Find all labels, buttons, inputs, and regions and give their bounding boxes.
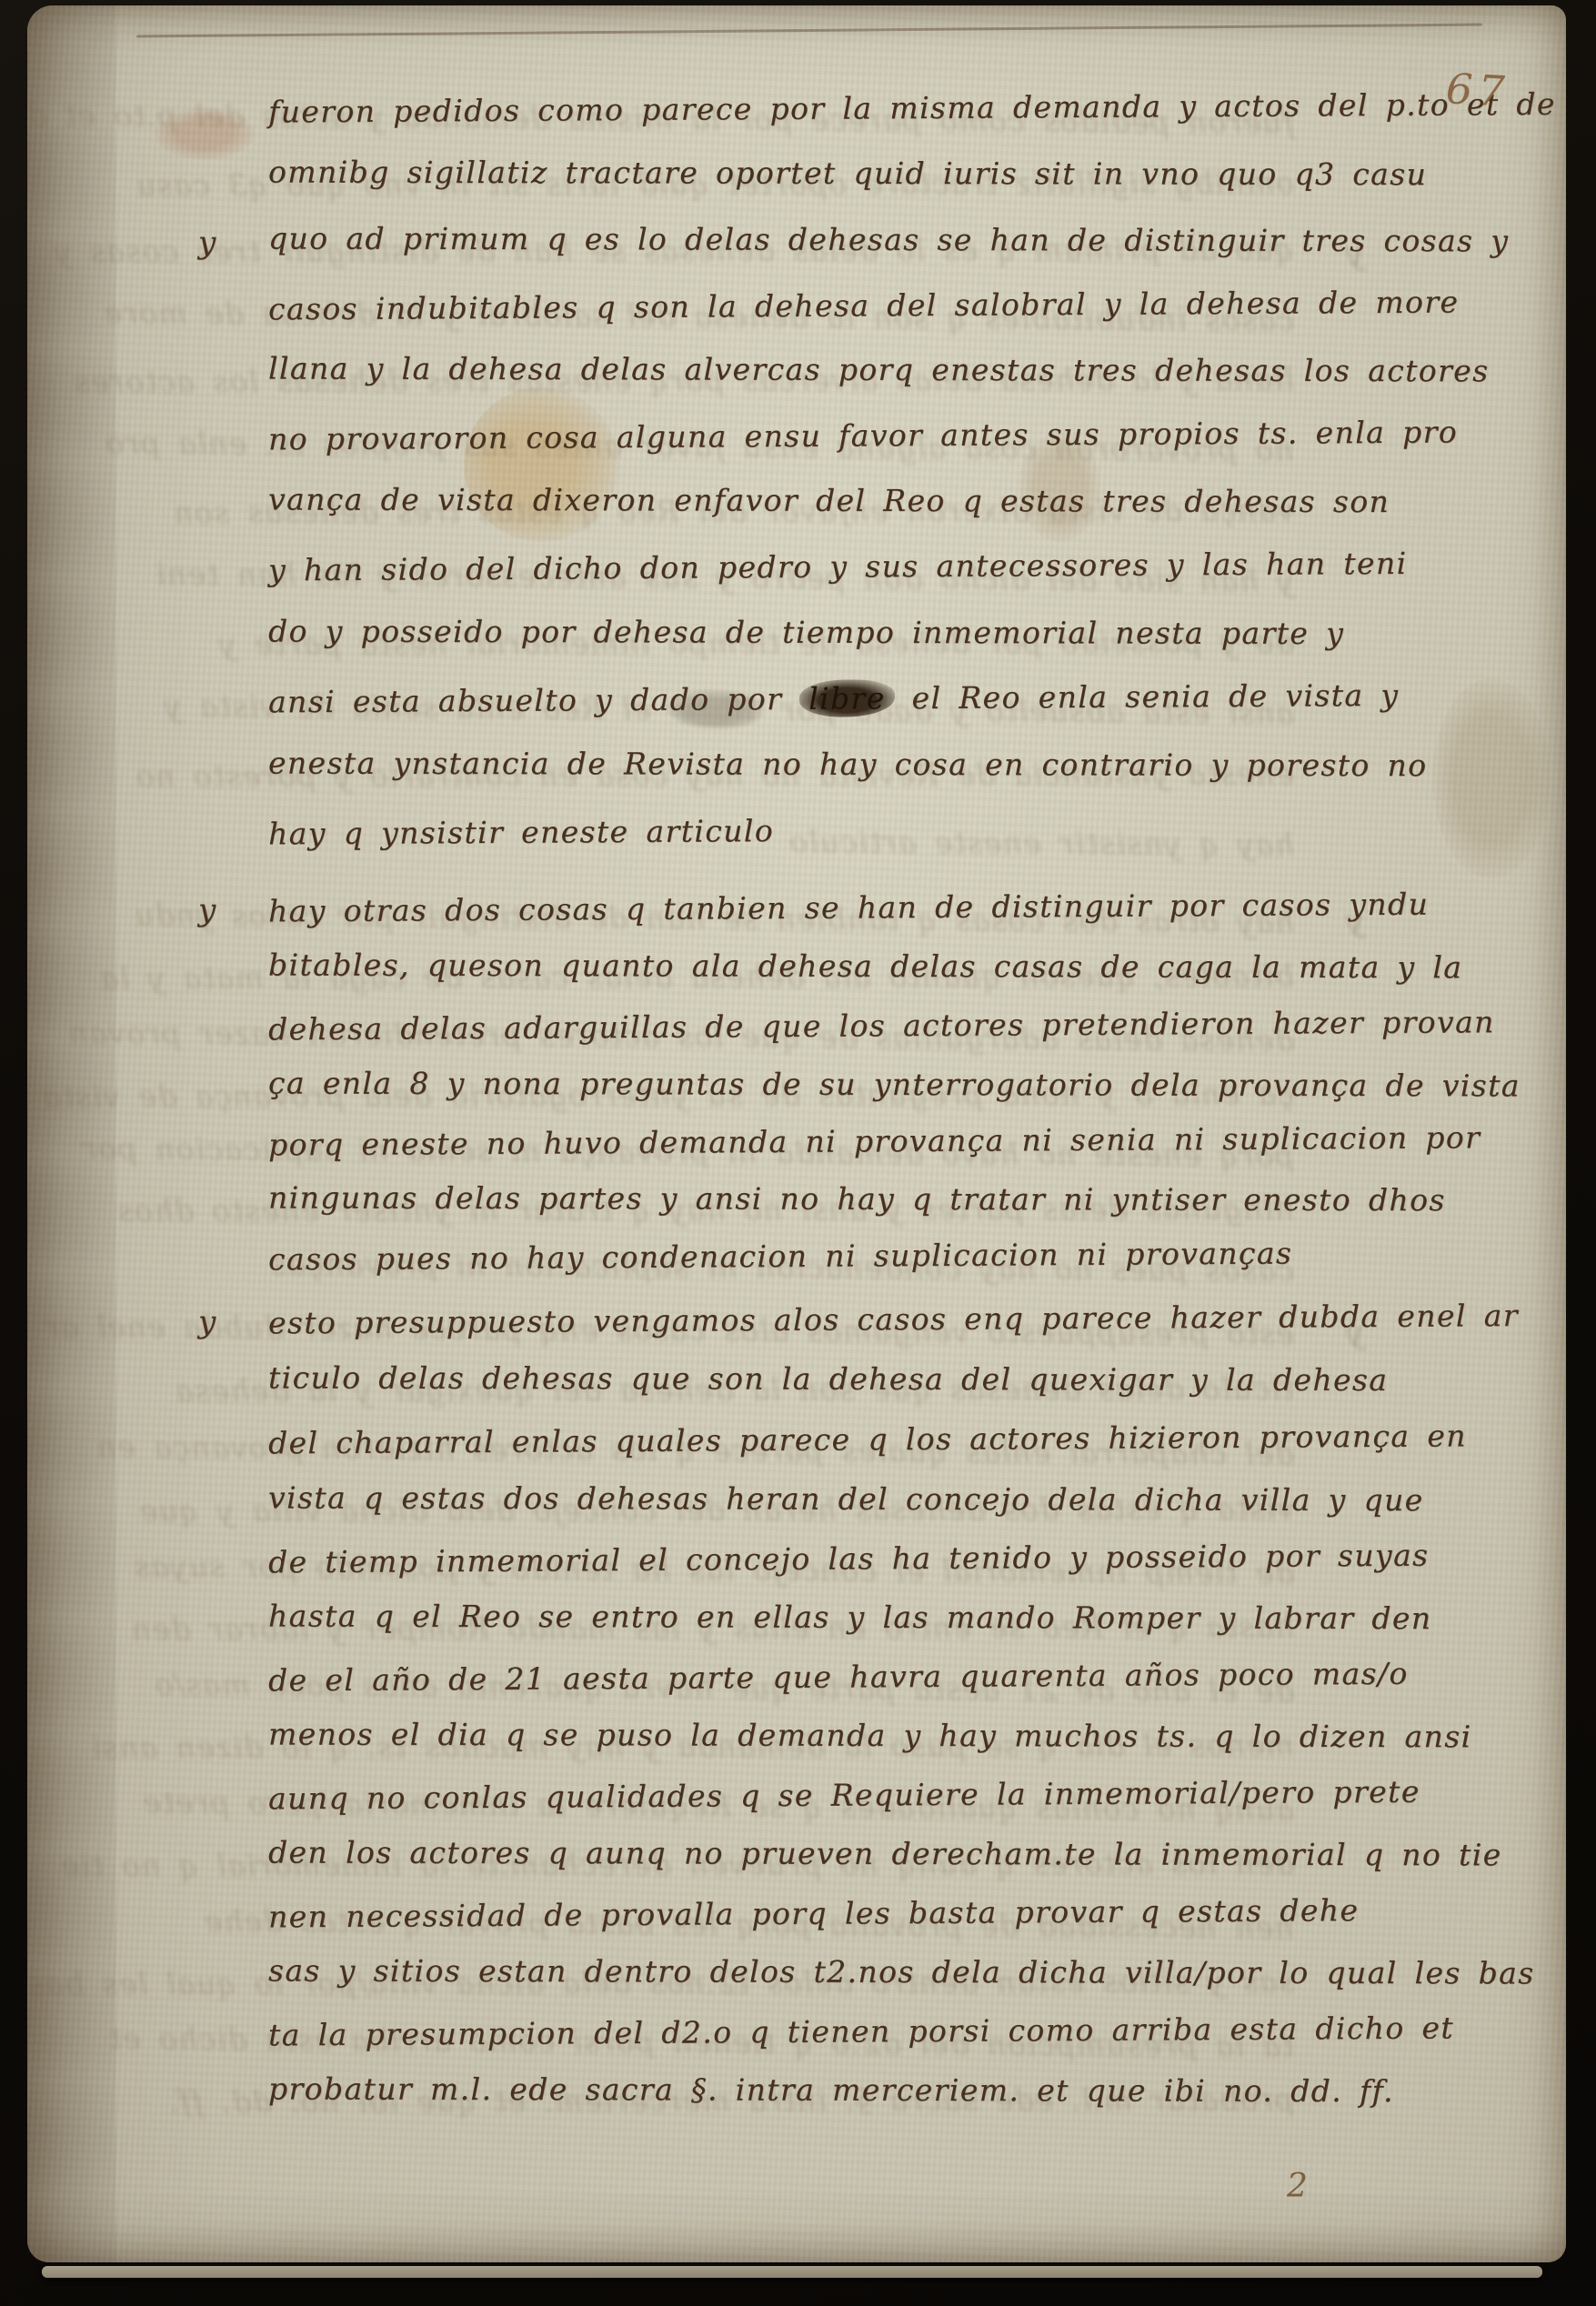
manuscript-line: de el año de 21 aesta parte que havra qu… — [268, 1652, 1566, 1702]
manuscript-line: ticulo delas dehesas que son la dehesa d… — [268, 1357, 1566, 1401]
manuscript-line: menos el dia q se puso la demanda y hay … — [268, 1713, 1566, 1758]
manuscript-line: de tiemp inmemorial el concejo las ha te… — [268, 1534, 1566, 1584]
manuscript-line: porq eneste no huvo demanda ni provança … — [268, 1117, 1566, 1167]
manuscript-line: sas y sitios estan dentro delos t2.nos d… — [268, 1950, 1566, 1994]
ink-blot-word: libre — [799, 679, 895, 717]
manuscript-line: casos pues no hay condenacion ni suplica… — [268, 1231, 1566, 1281]
manuscript-line: y han sido del dicho don pedro y sus ant… — [268, 542, 1566, 592]
manuscript-line: nen necessidad de provalla porq les bast… — [268, 1889, 1566, 1939]
manuscript-line: do y posseido por dehesa de tiempo inmem… — [268, 610, 1566, 655]
underlying-page-edge — [42, 2266, 1542, 2278]
manuscript-line: aunq no conlas qualidades q se Requiere … — [268, 1770, 1566, 1820]
manuscript-line: dehesa delas adarguillas de que los acto… — [268, 1001, 1566, 1051]
manuscript-line: bitables, queson quanto ala dehesa delas… — [268, 944, 1566, 988]
paragraph-mark: y — [198, 892, 244, 928]
manuscript-line: enesta ynstancia de Revista no hay cosa … — [268, 742, 1566, 787]
manuscript-line: ça enla 8 y nona preguntas de su ynterro… — [268, 1062, 1566, 1107]
manuscript-line-segment: el Reo enla senia de vista y — [895, 677, 1400, 716]
manuscript-line-segment: ansi esta absuelto y dado por — [268, 681, 799, 720]
manuscript-line: ta la presumpcion del d2.o q tienen pors… — [268, 2007, 1566, 2057]
manuscript-line: hasta q el Reo se entro en ellas y las m… — [268, 1595, 1566, 1639]
manuscript-line: casos indubitables q son la dehesa del s… — [268, 281, 1566, 331]
scan-background: fueron pedidos como parece por la misma … — [0, 0, 1596, 2306]
manuscript-line: probatur m.l. ede sacra §. intra merceri… — [268, 2068, 1566, 2112]
handwritten-text-block: fueron pedidos como parece por la misma … — [27, 5, 1566, 2262]
manuscript-line: fueron pedidos como parece por la misma … — [268, 84, 1566, 134]
manuscript-line: vança de vista dixeron enfavor del Reo q… — [268, 478, 1566, 523]
manuscript-line: llana y la dehesa delas alvercas porq en… — [268, 347, 1566, 392]
manuscript-line: hay q ynsistir eneste articulo — [268, 806, 1566, 856]
manuscript-line: quo ad primum q es lo delas dehesas se h… — [268, 217, 1566, 262]
manuscript-line: vista q estas dos dehesas heran del conc… — [268, 1477, 1566, 1521]
quire-signature: 2 — [1287, 2168, 1308, 2205]
manuscript-page: fueron pedidos como parece por la misma … — [27, 5, 1566, 2262]
paragraph-mark: y — [198, 1304, 244, 1340]
manuscript-line: del chaparral enlas quales parece q los … — [268, 1415, 1566, 1465]
manuscript-line: omnibg sigillatiz tractare oportet quid … — [268, 151, 1566, 196]
manuscript-line: den los actores q aunq no prueven derech… — [268, 1831, 1566, 1876]
paragraph-mark: y — [198, 225, 244, 261]
manuscript-line: ningunas delas partes y ansi no hay q tr… — [268, 1177, 1566, 1221]
folio-number: 67 — [1445, 64, 1511, 116]
manuscript-line: esto presuppuesto vengamos alos casos en… — [268, 1295, 1566, 1345]
manuscript-line: no provaroron cosa alguna ensu favor ant… — [268, 411, 1566, 461]
manuscript-line: ansi esta absuelto y dado por libre el R… — [268, 674, 1566, 724]
manuscript-line: hay otras dos cosas q tanbien se han de … — [268, 883, 1566, 933]
